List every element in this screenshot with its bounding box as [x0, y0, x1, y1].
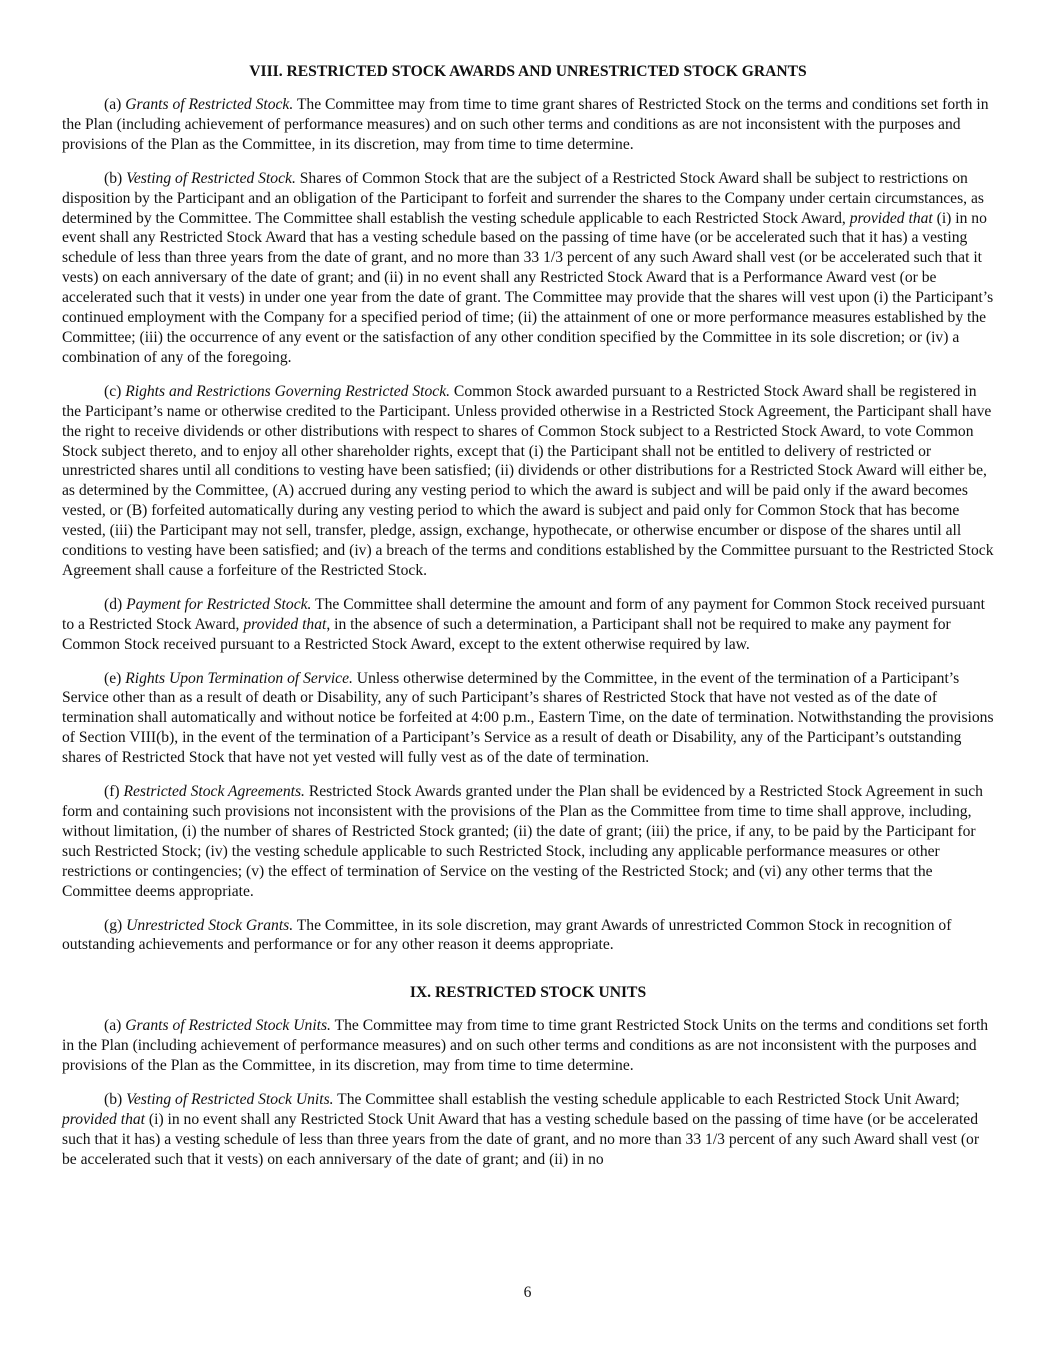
paragraph-emphasis: provided that	[62, 1111, 145, 1128]
paragraph-title: Rights Upon Termination of Service.	[125, 670, 353, 687]
paragraph-emphasis: provided that	[850, 210, 933, 227]
paragraph-emphasis: provided that	[243, 616, 326, 633]
paragraph-label: (a)	[104, 96, 125, 113]
paragraph-title: Restricted Stock Agreements.	[123, 783, 304, 800]
paragraph-title: Payment for Restricted Stock.	[126, 596, 311, 613]
paragraph-title: Grants of Restricted Stock.	[125, 96, 293, 113]
paragraph-title: Vesting of Restricted Stock Units.	[126, 1091, 333, 1108]
section-viii-heading: VIII. RESTRICTED STOCK AWARDS AND UNREST…	[62, 62, 994, 82]
paragraph-text: Common Stock awarded pursuant to a Restr…	[62, 383, 994, 579]
paragraph-text: The Committee shall establish the vestin…	[334, 1091, 960, 1108]
section-ix-heading: IX. RESTRICTED STOCK UNITS	[62, 983, 994, 1003]
paragraph-text: Restricted Stock Awards granted under th…	[62, 783, 983, 900]
section-viii-a-paragraph: (a) Grants of Restricted Stock. The Comm…	[62, 95, 994, 155]
paragraph-title: Grants of Restricted Stock Units.	[125, 1017, 331, 1034]
section-viii-c-paragraph: (c) Rights and Restrictions Governing Re…	[62, 382, 994, 581]
document-page: VIII. RESTRICTED STOCK AWARDS AND UNREST…	[62, 62, 994, 1184]
paragraph-label: (f)	[104, 783, 123, 800]
section-viii-e-paragraph: (e) Rights Upon Termination of Service. …	[62, 669, 994, 769]
section-viii-d-paragraph: (d) Payment for Restricted Stock. The Co…	[62, 595, 994, 655]
paragraph-label: (d)	[104, 596, 126, 613]
paragraph-label: (a)	[104, 1017, 125, 1034]
section-viii-g-paragraph: (g) Unrestricted Stock Grants. The Commi…	[62, 916, 994, 956]
section-ix-b-paragraph: (b) Vesting of Restricted Stock Units. T…	[62, 1090, 994, 1170]
paragraph-label: (b)	[104, 1091, 126, 1108]
paragraph-label: (g)	[104, 917, 126, 934]
paragraph-text: (i) in no event shall any Restricted Sto…	[62, 1111, 979, 1168]
paragraph-title: Unrestricted Stock Grants.	[126, 917, 293, 934]
paragraph-label: (c)	[104, 383, 125, 400]
paragraph-title: Rights and Restrictions Governing Restri…	[125, 383, 450, 400]
paragraph-label: (e)	[104, 670, 125, 687]
section-viii-b-paragraph: (b) Vesting of Restricted Stock. Shares …	[62, 169, 994, 368]
paragraph-title: Vesting of Restricted Stock.	[126, 170, 296, 187]
section-viii-f-paragraph: (f) Restricted Stock Agreements. Restric…	[62, 782, 994, 901]
page-number: 6	[0, 1284, 1055, 1302]
section-ix-a-paragraph: (a) Grants of Restricted Stock Units. Th…	[62, 1016, 994, 1076]
paragraph-text: (i) in no event shall any Restricted Sto…	[62, 210, 993, 366]
paragraph-label: (b)	[104, 170, 126, 187]
